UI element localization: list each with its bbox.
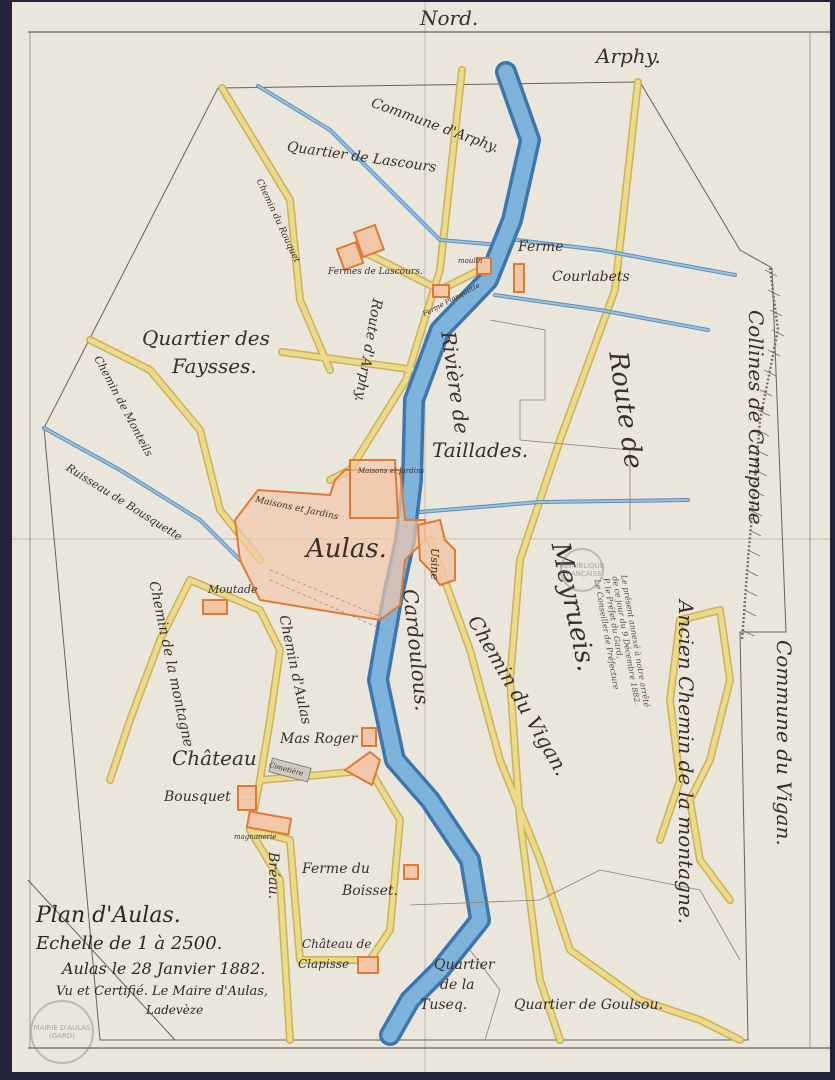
- label-ferme-courlabets-2: Courlabets: [552, 270, 630, 284]
- label-quartier-tuseq-2: de la: [440, 978, 475, 992]
- label-ferme-courlabets-1: Ferme: [518, 240, 564, 254]
- label-magnanerie: magnanerie: [234, 834, 276, 841]
- label-quartier-faysses-2: Faysses.: [172, 356, 257, 376]
- label-quartier-faysses-1: Quartier des: [142, 328, 270, 348]
- label-chateau-bousquet-1: Château: [172, 748, 257, 768]
- label-ancien-chemin: Ancien Chemin de la montagne.: [676, 600, 696, 924]
- title-block: Plan d'Aulas. Echelle de 1 à 2500. Aulas…: [36, 905, 268, 1016]
- label-moutade: Moutade: [208, 584, 258, 595]
- label-ferme-boisset-2: Boisset.: [342, 884, 398, 898]
- map-date: Aulas le 28 Janvier 1882.: [62, 961, 268, 977]
- label-ferme-boisset-1: Ferme du: [302, 862, 370, 876]
- mairie-stamp: MAIRIE D'AULAS (GARD): [30, 1000, 94, 1064]
- label-arphy: Arphy.: [596, 46, 661, 66]
- label-quartier-goulsou: Quartier de Goulsou.: [514, 998, 663, 1012]
- republique-stamp: RÉPUBLIQUE FRANÇAISE: [560, 548, 604, 592]
- label-usine: Usine: [429, 548, 440, 580]
- label-aulas: Aulas.: [306, 536, 387, 562]
- label-moulin: moulin: [458, 258, 482, 265]
- label-commune-vigan: Commune du Vigan.: [774, 640, 794, 846]
- ferme-boisset-building: [404, 865, 418, 879]
- chateau-bousquet-building: [238, 786, 256, 810]
- label-breau: Bréau.: [266, 852, 280, 899]
- label-quartier-tuseq-1: Quartier: [434, 958, 495, 972]
- moutade-building: [203, 600, 227, 614]
- mayor-signature: Ladevèze: [146, 1004, 268, 1016]
- label-chateau-clapisse-2: Clapisse: [298, 958, 349, 970]
- ferme-courlabets-building: [514, 264, 524, 292]
- ferme-planquette-building: [433, 285, 449, 297]
- compass-nord-label: Nord.: [420, 8, 478, 28]
- mas-roger-building: [362, 728, 376, 746]
- label-taillades: Taillades.: [432, 440, 528, 460]
- label-collines-campone: Collines de Campone: [746, 310, 766, 525]
- map-title: Plan d'Aulas.: [36, 905, 268, 927]
- label-maisons-jardins-2: Maisons et Jardins: [358, 468, 424, 475]
- chateau-clapisse-building: [358, 957, 378, 973]
- label-mas-roger: Mas Roger: [280, 732, 357, 746]
- map-scale: Echelle de 1 à 2500.: [36, 935, 268, 953]
- parcel-outline: [490, 320, 630, 530]
- label-quartier-tuseq-3: Tuseq.: [420, 998, 467, 1012]
- label-chateau-clapisse-1: Château de: [302, 938, 371, 950]
- map-certification: Vu et Certifié. Le Maire d'Aulas,: [56, 985, 268, 998]
- label-chateau-bousquet-2: Bousquet: [164, 790, 231, 804]
- label-fermes-lascours: Fermes de Lascours.: [328, 268, 423, 277]
